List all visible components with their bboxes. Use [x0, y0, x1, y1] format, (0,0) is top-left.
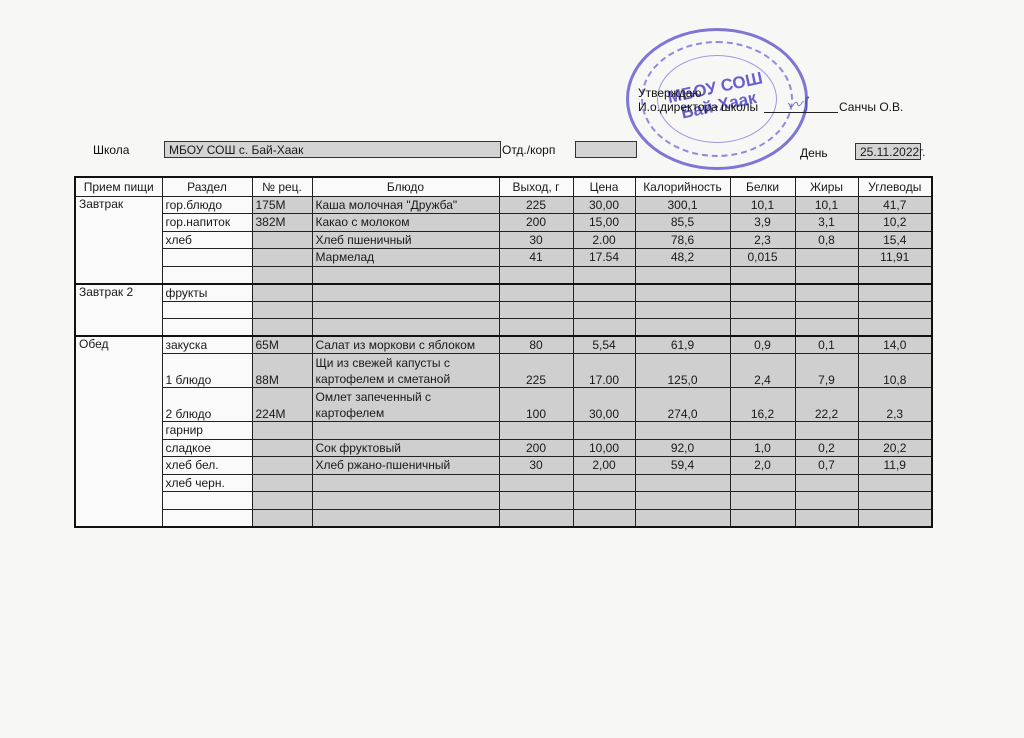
carbs-cell[interactable] — [858, 492, 932, 510]
fat-cell[interactable] — [795, 266, 858, 284]
fat-cell[interactable]: 22,2 — [795, 388, 858, 422]
section-cell[interactable]: 1 блюдо — [162, 354, 252, 388]
carbs-cell[interactable]: 11,9 — [858, 457, 932, 475]
table-row: хлеб бел.Хлеб ржано-пшеничный302,0059,42… — [75, 457, 932, 475]
section-cell[interactable]: гор.блюдо — [162, 196, 252, 214]
price-cell[interactable]: 17.54 — [573, 249, 635, 267]
carbs-cell[interactable]: 2,3 — [858, 388, 932, 422]
protein-cell[interactable] — [730, 422, 795, 440]
dish-cell[interactable]: Какао с молоком — [312, 214, 499, 232]
price-cell[interactable] — [573, 492, 635, 510]
protein-cell[interactable]: 2,3 — [730, 231, 795, 249]
menu-table: Прием пищиРаздел№ рец.БлюдоВыход, гЦенаК… — [74, 176, 933, 528]
column-header-recipe: № рец. — [252, 177, 312, 196]
carbs-cell[interactable]: 11,91 — [858, 249, 932, 267]
protein-cell[interactable]: 3,9 — [730, 214, 795, 232]
yield-cell[interactable] — [499, 284, 573, 302]
yield-cell[interactable] — [499, 474, 573, 492]
price-cell[interactable] — [573, 319, 635, 337]
section-cell[interactable]: гарнир — [162, 422, 252, 440]
recipe-cell[interactable]: 382М — [252, 214, 312, 232]
recipe-cell[interactable] — [252, 509, 312, 527]
dish-cell[interactable] — [312, 474, 499, 492]
price-cell[interactable] — [573, 266, 635, 284]
school-label: Школа — [93, 143, 129, 157]
recipe-cell[interactable] — [252, 301, 312, 319]
price-cell[interactable] — [573, 509, 635, 527]
price-cell[interactable] — [573, 284, 635, 302]
fat-cell[interactable] — [795, 509, 858, 527]
fat-cell[interactable] — [795, 474, 858, 492]
table-row: гарнир — [75, 422, 932, 440]
section-cell[interactable]: хлеб — [162, 231, 252, 249]
table-row — [75, 492, 932, 510]
dish-cell[interactable] — [312, 284, 499, 302]
section-cell[interactable] — [162, 509, 252, 527]
calories-cell[interactable]: 78,6 — [635, 231, 730, 249]
section-cell[interactable]: 2 блюдо — [162, 388, 252, 422]
section-cell[interactable] — [162, 266, 252, 284]
table-row: Мармелад4117.5448,20,01511,91 — [75, 249, 932, 267]
protein-cell[interactable] — [730, 492, 795, 510]
fat-cell[interactable] — [795, 492, 858, 510]
column-header-meal: Прием пищи — [75, 177, 162, 196]
calories-cell[interactable] — [635, 474, 730, 492]
branch-label: Отд./корп — [502, 143, 555, 157]
column-header-price: Цена — [573, 177, 635, 196]
carbs-cell[interactable]: 15,4 — [858, 231, 932, 249]
price-cell[interactable]: 30,00 — [573, 388, 635, 422]
yield-cell[interactable]: 225 — [499, 196, 573, 214]
day-field[interactable]: 25.11.2022г. — [855, 143, 921, 160]
calories-cell[interactable] — [635, 301, 730, 319]
carbs-cell[interactable] — [858, 266, 932, 284]
recipe-cell[interactable] — [252, 266, 312, 284]
fat-cell[interactable] — [795, 422, 858, 440]
protein-cell[interactable]: 10,1 — [730, 196, 795, 214]
yield-cell[interactable] — [499, 422, 573, 440]
yield-cell[interactable] — [499, 509, 573, 527]
price-cell[interactable]: 2.00 — [573, 231, 635, 249]
recipe-cell[interactable]: 175М — [252, 196, 312, 214]
fat-cell[interactable]: 0,7 — [795, 457, 858, 475]
column-header-calories: Калорийность — [635, 177, 730, 196]
calories-cell[interactable]: 92,0 — [635, 439, 730, 457]
dish-cell[interactable] — [312, 301, 499, 319]
calories-cell[interactable] — [635, 492, 730, 510]
dish-cell[interactable]: Салат из моркови с яблоком — [312, 336, 499, 354]
branch-field[interactable] — [575, 141, 637, 158]
calories-cell[interactable]: 61,9 — [635, 336, 730, 354]
calories-cell[interactable] — [635, 509, 730, 527]
yield-cell[interactable]: 80 — [499, 336, 573, 354]
calories-cell[interactable] — [635, 284, 730, 302]
carbs-cell[interactable]: 41,7 — [858, 196, 932, 214]
fat-cell[interactable] — [795, 284, 858, 302]
protein-cell[interactable]: 16,2 — [730, 388, 795, 422]
carbs-cell[interactable] — [858, 301, 932, 319]
price-cell[interactable]: 2,00 — [573, 457, 635, 475]
day-label: День — [800, 146, 828, 160]
calories-cell[interactable]: 59,4 — [635, 457, 730, 475]
section-cell[interactable] — [162, 301, 252, 319]
calories-cell[interactable]: 300,1 — [635, 196, 730, 214]
section-cell[interactable] — [162, 319, 252, 337]
table-row — [75, 301, 932, 319]
yield-cell[interactable]: 30 — [499, 457, 573, 475]
carbs-cell[interactable]: 10,2 — [858, 214, 932, 232]
section-cell[interactable]: закуска — [162, 336, 252, 354]
calories-cell[interactable]: 125,0 — [635, 354, 730, 388]
meal-cell: Обед — [75, 336, 162, 527]
fat-cell[interactable]: 3,1 — [795, 214, 858, 232]
price-cell[interactable]: 5,54 — [573, 336, 635, 354]
section-cell[interactable] — [162, 249, 252, 267]
price-cell[interactable] — [573, 422, 635, 440]
approval-signer: Санчы О.В. — [839, 100, 903, 114]
section-cell[interactable] — [162, 492, 252, 510]
recipe-cell[interactable] — [252, 457, 312, 475]
calories-cell[interactable]: 274,0 — [635, 388, 730, 422]
section-cell[interactable]: хлеб бел. — [162, 457, 252, 475]
dish-cell[interactable]: Хлеб ржано-пшеничный — [312, 457, 499, 475]
recipe-cell[interactable] — [252, 249, 312, 267]
carbs-cell[interactable] — [858, 284, 932, 302]
dish-cell[interactable] — [312, 319, 499, 337]
recipe-cell[interactable] — [252, 231, 312, 249]
recipe-cell[interactable] — [252, 439, 312, 457]
fat-cell[interactable] — [795, 319, 858, 337]
table-row: гор.напиток382МКакао с молоком20015,0085… — [75, 214, 932, 232]
column-header-fat: Жиры — [795, 177, 858, 196]
fat-cell[interactable]: 10,1 — [795, 196, 858, 214]
dish-cell[interactable]: Щи из свежей капусты с картофелем и смет… — [312, 354, 499, 388]
carbs-cell[interactable] — [858, 422, 932, 440]
calories-cell[interactable]: 85,5 — [635, 214, 730, 232]
fat-cell[interactable]: 0,1 — [795, 336, 858, 354]
recipe-cell[interactable] — [252, 284, 312, 302]
yield-cell[interactable]: 200 — [499, 439, 573, 457]
carbs-cell[interactable] — [858, 509, 932, 527]
table-row: хлеб черн. — [75, 474, 932, 492]
recipe-cell[interactable] — [252, 492, 312, 510]
yield-cell[interactable] — [499, 266, 573, 284]
yield-cell[interactable] — [499, 319, 573, 337]
protein-cell[interactable] — [730, 474, 795, 492]
table-row: Завтракгор.блюдо175МКаша молочная "Дружб… — [75, 196, 932, 214]
approval-title: Утверждаю — [638, 86, 701, 100]
protein-cell[interactable] — [730, 284, 795, 302]
fat-cell[interactable]: 0,8 — [795, 231, 858, 249]
protein-cell[interactable]: 2,4 — [730, 354, 795, 388]
table-row: 2 блюдо224МОмлет запеченный с картофелем… — [75, 388, 932, 422]
calories-cell[interactable]: 48,2 — [635, 249, 730, 267]
yield-cell[interactable]: 225 — [499, 354, 573, 388]
recipe-cell[interactable] — [252, 319, 312, 337]
carbs-cell[interactable]: 10,8 — [858, 354, 932, 388]
recipe-cell[interactable] — [252, 422, 312, 440]
dish-cell[interactable] — [312, 509, 499, 527]
approval-position: И.о.директора школы — [638, 100, 758, 114]
meal-cell: Завтрак 2 — [75, 284, 162, 337]
dish-cell[interactable]: Сок фруктовый — [312, 439, 499, 457]
section-cell[interactable]: хлеб черн. — [162, 474, 252, 492]
protein-cell[interactable] — [730, 319, 795, 337]
yield-cell[interactable] — [499, 301, 573, 319]
carbs-cell[interactable]: 20,2 — [858, 439, 932, 457]
table-row — [75, 266, 932, 284]
yield-cell[interactable]: 200 — [499, 214, 573, 232]
section-cell[interactable]: сладкое — [162, 439, 252, 457]
recipe-cell[interactable]: 88М — [252, 354, 312, 388]
column-header-dish: Блюдо — [312, 177, 499, 196]
price-cell[interactable]: 30,00 — [573, 196, 635, 214]
protein-cell[interactable] — [730, 509, 795, 527]
price-cell[interactable] — [573, 474, 635, 492]
price-cell[interactable] — [573, 301, 635, 319]
yield-cell[interactable] — [499, 492, 573, 510]
yield-cell[interactable]: 41 — [499, 249, 573, 267]
dish-cell[interactable]: Омлет запеченный с картофелем — [312, 388, 499, 422]
calories-cell[interactable] — [635, 319, 730, 337]
table-header-row: Прием пищиРаздел№ рец.БлюдоВыход, гЦенаК… — [75, 177, 932, 196]
protein-cell[interactable]: 0,9 — [730, 336, 795, 354]
dish-cell[interactable]: Хлеб пшеничный — [312, 231, 499, 249]
table-row: сладкоеСок фруктовый20010,0092,01,00,220… — [75, 439, 932, 457]
column-header-carbs: Углеводы — [858, 177, 932, 196]
signature-mark: 〰∫ — [785, 90, 812, 116]
table-row: Завтрак 2фрукты — [75, 284, 932, 302]
calories-cell[interactable] — [635, 422, 730, 440]
column-header-protein: Белки — [730, 177, 795, 196]
calories-cell[interactable] — [635, 266, 730, 284]
meal-cell: Завтрак — [75, 196, 162, 284]
column-header-section: Раздел — [162, 177, 252, 196]
dish-cell[interactable]: Каша молочная "Дружба" — [312, 196, 499, 214]
carbs-cell[interactable]: 14,0 — [858, 336, 932, 354]
dish-cell[interactable] — [312, 266, 499, 284]
table-row: хлебХлеб пшеничный302.0078,62,30,815,4 — [75, 231, 932, 249]
section-cell[interactable]: фрукты — [162, 284, 252, 302]
price-cell[interactable]: 17.00 — [573, 354, 635, 388]
fat-cell[interactable] — [795, 301, 858, 319]
section-cell[interactable]: гор.напиток — [162, 214, 252, 232]
carbs-cell[interactable] — [858, 319, 932, 337]
yield-cell[interactable]: 100 — [499, 388, 573, 422]
protein-cell[interactable] — [730, 301, 795, 319]
protein-cell[interactable] — [730, 266, 795, 284]
recipe-cell[interactable]: 224М — [252, 388, 312, 422]
protein-cell[interactable]: 0,015 — [730, 249, 795, 267]
protein-cell[interactable]: 2,0 — [730, 457, 795, 475]
protein-cell[interactable]: 1,0 — [730, 439, 795, 457]
recipe-cell[interactable]: 65М — [252, 336, 312, 354]
table-row: Обедзакуска65МСалат из моркови с яблоком… — [75, 336, 932, 354]
dish-cell[interactable] — [312, 492, 499, 510]
fat-cell[interactable] — [795, 249, 858, 267]
table-row — [75, 319, 932, 337]
table-row — [75, 509, 932, 527]
fat-cell[interactable]: 7,9 — [795, 354, 858, 388]
recipe-cell[interactable] — [252, 474, 312, 492]
table-row: 1 блюдо88МЩи из свежей капусты с картофе… — [75, 354, 932, 388]
carbs-cell[interactable] — [858, 474, 932, 492]
dish-cell[interactable]: Мармелад — [312, 249, 499, 267]
price-cell[interactable]: 15,00 — [573, 214, 635, 232]
yield-cell[interactable]: 30 — [499, 231, 573, 249]
column-header-yield: Выход, г — [499, 177, 573, 196]
dish-cell[interactable] — [312, 422, 499, 440]
school-field[interactable]: МБОУ СОШ с. Бай-Хаак — [164, 141, 501, 158]
price-cell[interactable]: 10,00 — [573, 439, 635, 457]
fat-cell[interactable]: 0,2 — [795, 439, 858, 457]
